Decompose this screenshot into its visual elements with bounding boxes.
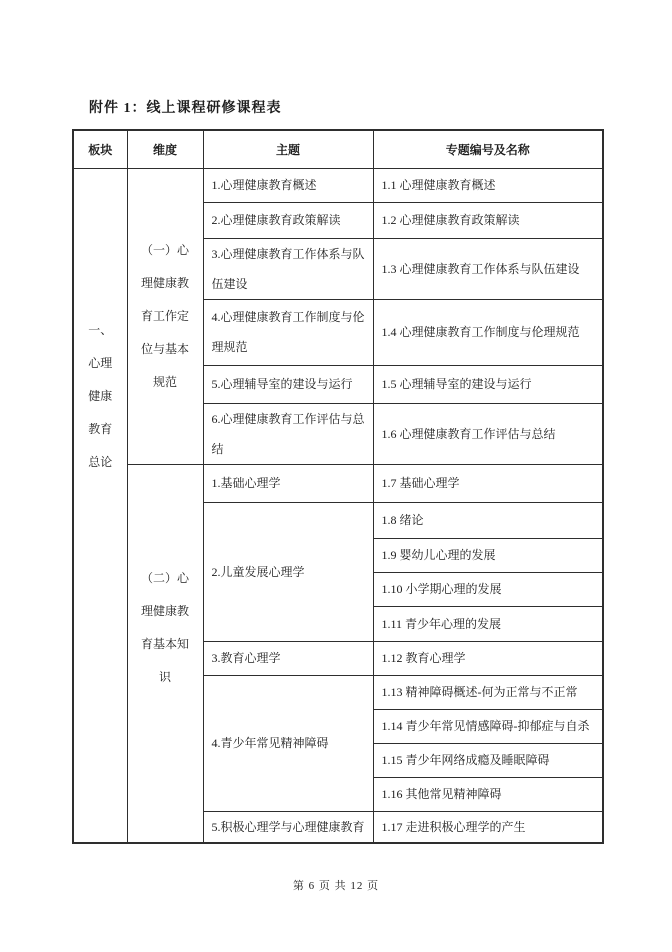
item-cell: 1.3 心理健康教育工作体系与队伍建设 — [373, 238, 603, 299]
item-cell: 1.16 其他常见精神障碍 — [373, 777, 603, 811]
course-table: 板块 维度 主题 专题编号及名称 一、心理健康教育总论 （一）心理健康教育工作定… — [72, 129, 604, 844]
dimension-cell-2: （二）心理健康教育基本知识 — [127, 464, 203, 843]
topic-cell: 2.心理健康教育政策解读 — [203, 202, 373, 238]
item-cell: 1.12 教育心理学 — [373, 641, 603, 675]
item-cell: 1.15 青少年网络成瘾及睡眠障碍 — [373, 743, 603, 777]
item-cell: 1.8 绪论 — [373, 502, 603, 538]
item-cell: 1.5 心理辅导室的建设与运行 — [373, 365, 603, 403]
topic-cell: 3.教育心理学 — [203, 641, 373, 675]
column-header-dimension: 维度 — [127, 130, 203, 168]
item-cell: 1.7 基础心理学 — [373, 464, 603, 502]
item-cell: 1.11 青少年心理的发展 — [373, 606, 603, 641]
item-cell: 1.1 心理健康教育概述 — [373, 168, 603, 202]
page-title: 附件 1：线上课程研修课程表 — [89, 97, 282, 117]
dimension-cell-1: （一）心理健康教育工作定位与基本规范 — [127, 168, 203, 464]
topic-cell: 5.积极心理学与心理健康教育 — [203, 811, 373, 843]
column-header-item: 专题编号及名称 — [373, 130, 603, 168]
topic-cell: 5.心理辅导室的建设与运行 — [203, 365, 373, 403]
item-cell: 1.9 婴幼儿心理的发展 — [373, 538, 603, 572]
topic-cell: 2.儿童发展心理学 — [203, 502, 373, 641]
header-row: 板块 维度 主题 专题编号及名称 — [73, 130, 603, 168]
topic-cell: 6.心理健康教育工作评估与总结 — [203, 403, 373, 464]
item-cell: 1.6 心理健康教育工作评估与总结 — [373, 403, 603, 464]
topic-cell: 1.基础心理学 — [203, 464, 373, 502]
item-cell: 1.2 心理健康教育政策解读 — [373, 202, 603, 238]
table-row: （二）心理健康教育基本知识 1.基础心理学 1.7 基础心理学 — [73, 464, 603, 502]
item-cell: 1.4 心理健康教育工作制度与伦理规范 — [373, 299, 603, 365]
document-page: 附件 1：线上课程研修课程表 板块 维度 主题 专题编号及名称 一、心理健康教育… — [0, 0, 672, 952]
item-cell: 1.10 小学期心理的发展 — [373, 572, 603, 606]
item-cell: 1.17 走进积极心理学的产生 — [373, 811, 603, 843]
table-row: 一、心理健康教育总论 （一）心理健康教育工作定位与基本规范 1.心理健康教育概述… — [73, 168, 603, 202]
page-footer: 第 6 页 共 12 页 — [0, 877, 672, 893]
topic-cell: 4.青少年常见精神障碍 — [203, 675, 373, 811]
item-cell: 1.13 精神障碍概述-何为正常与不正常 — [373, 675, 603, 709]
column-header-topic: 主题 — [203, 130, 373, 168]
topic-cell: 4.心理健康教育工作制度与伦理规范 — [203, 299, 373, 365]
topic-cell: 1.心理健康教育概述 — [203, 168, 373, 202]
block-cell: 一、心理健康教育总论 — [73, 168, 127, 843]
column-header-block: 板块 — [73, 130, 127, 168]
item-cell: 1.14 青少年常见情感障碍-抑郁症与自杀 — [373, 709, 603, 743]
topic-cell: 3.心理健康教育工作体系与队伍建设 — [203, 238, 373, 299]
